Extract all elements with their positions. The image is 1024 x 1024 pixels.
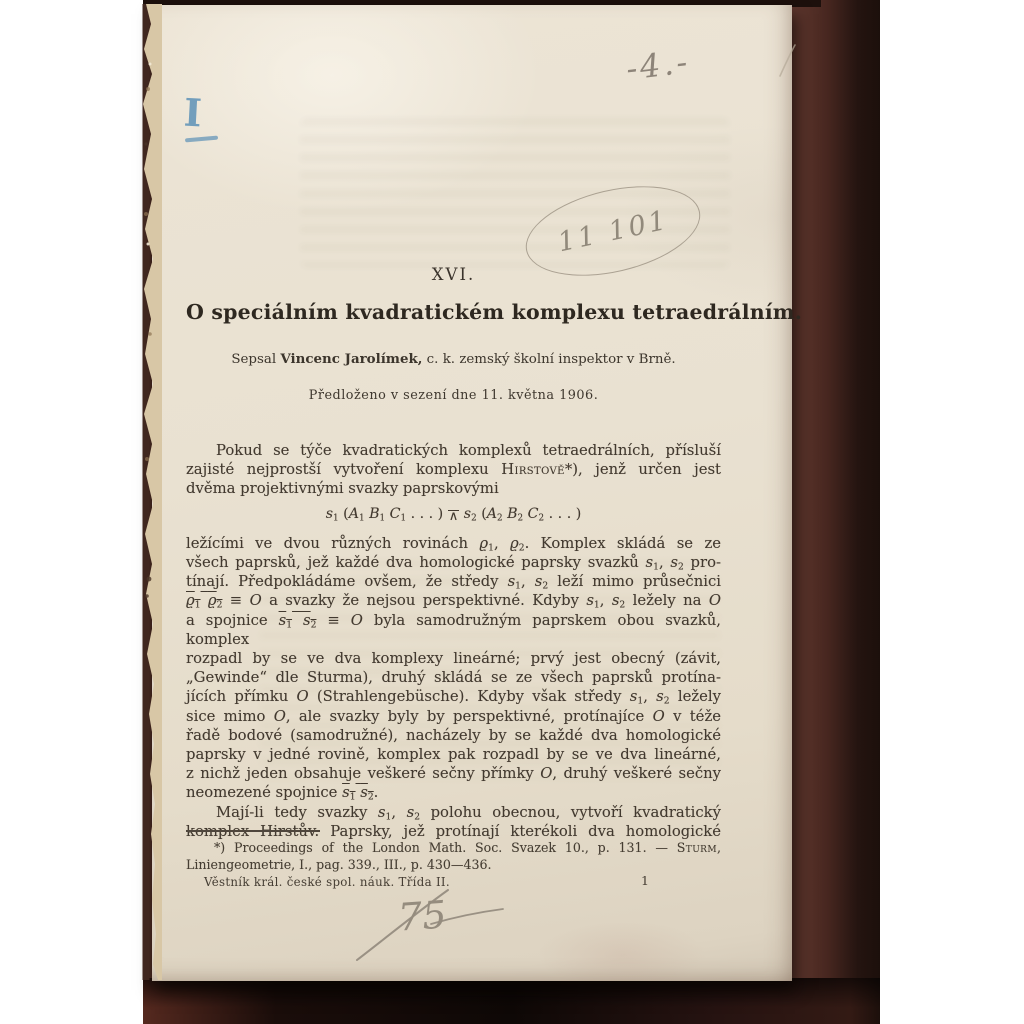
presented-line: Předloženo v sezení dne 11. května 1906. [186, 388, 721, 403]
chapter-number: XVI. [186, 265, 721, 284]
text-line: řadě bodové (samodružné), nacházely by s… [186, 726, 721, 745]
footnote-rule [186, 830, 320, 832]
text-line: dvěma projektivnými svazky paprskovými [186, 479, 721, 498]
handwritten-number-75: 75 [397, 892, 448, 939]
footnote-line: Liniengeometrie, I., pag. 339., III., p.… [186, 856, 721, 873]
text-line: sice mimo O, ale svazky byly by perspekt… [186, 707, 721, 726]
text-line: jících přímku O (Strahlengebüsche). Kdyb… [186, 687, 721, 706]
text-line: ležícími ve dvou různých rovinách ϱ1, ϱ2… [186, 534, 721, 553]
pencil-tick-mark [776, 42, 800, 80]
author-byline: Sepsal Vincenc Jarolímek, c. k. zemský š… [186, 351, 721, 367]
text-line: všech paprsků, jež každé dva homologické… [186, 553, 721, 572]
torn-page-edge [138, 4, 178, 980]
article-title: O speciálním kvadratickém komplexu tetra… [186, 300, 721, 324]
body-text: Pokud se týče kvadratických komplexů tet… [186, 441, 721, 841]
text-line: ϱ1 ϱ2 ≡ O a svazky že nejsou perspektivn… [186, 591, 721, 610]
text-line: zajisté nejprostší vytvoření komplexu Hi… [186, 460, 721, 479]
text-line: a spojnice s1 s2 ≡ O byla samodružným pa… [186, 611, 721, 649]
text-line: z nichž jeden obsahuje veškeré sečny pří… [186, 764, 721, 783]
scan-canvas: { "article": { "number": "XVI.", "title"… [0, 0, 1024, 1024]
text-line: „Gewinde“ dle Sturma), druhý skládá se z… [186, 668, 721, 687]
text-line: paprsky v jedné rovině, komplex pak rozp… [186, 745, 721, 764]
text-line: Mají-li tedy svazky s1, s2 polohu obecno… [186, 803, 721, 822]
book-cover-bottom-edge [143, 978, 880, 1024]
footnote: *) Proceedings of the London Math. Soc. … [186, 839, 721, 873]
text-line: Pokud se týče kvadratických komplexů tet… [186, 441, 721, 460]
circled-number-text: 11 101 [555, 204, 671, 258]
handwritten-page-number: -4.- [624, 42, 692, 88]
text-line: tínají. Předpokládáme ovšem, že středy s… [186, 572, 721, 591]
handwritten-blue-roman-numeral: I [183, 90, 203, 136]
display-equation: s1 (A1 B1 C1 . . . ) ∧ s2 (A2 B2 C2 . . … [186, 505, 721, 524]
text-line: neomezené spojnice s1 s2. [186, 783, 721, 802]
text-line: rozpadl by se ve dva komplexy lineárné; … [186, 649, 721, 668]
page-number: 1 [641, 873, 649, 888]
footnote-line: *) Proceedings of the London Math. Soc. … [186, 839, 721, 856]
